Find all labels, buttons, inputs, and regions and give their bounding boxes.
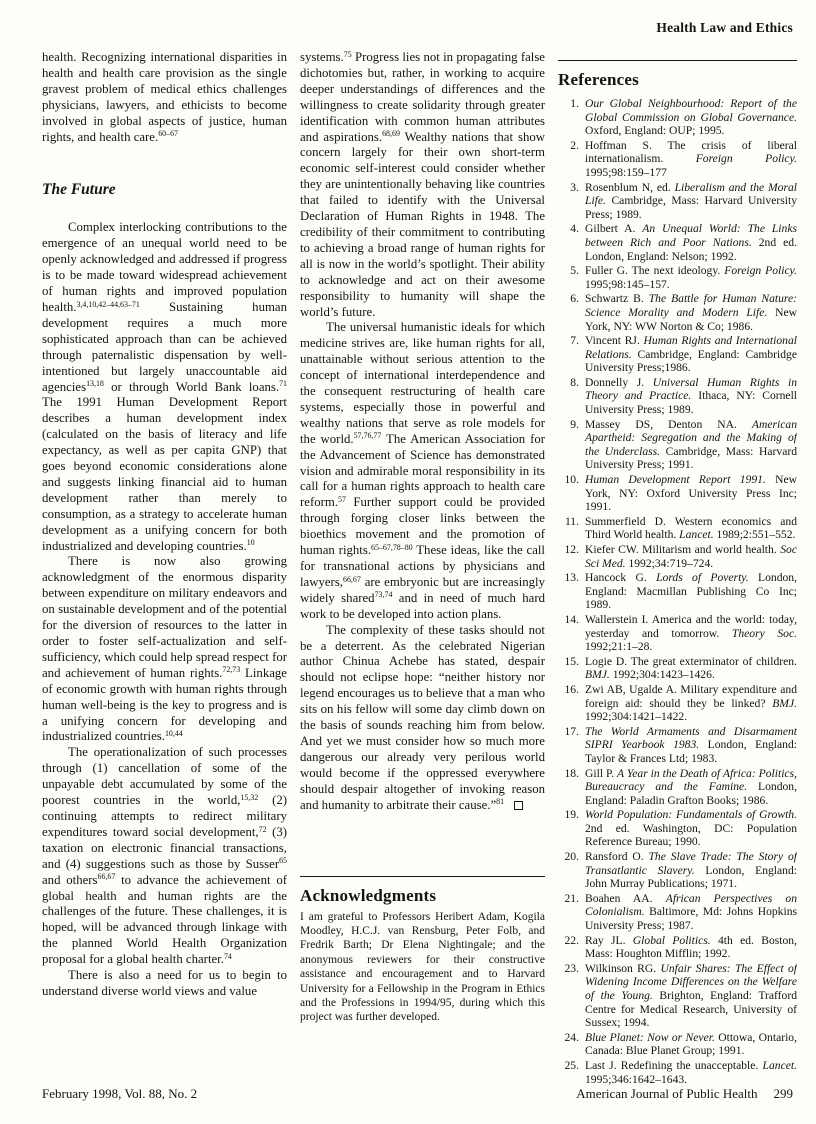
reference-item: 7.Vincent RJ. Human Rights and Internati… xyxy=(558,334,797,375)
reference-item: 1.Our Global Neighbourhood: Report of th… xyxy=(558,97,797,138)
reference-number: 5. xyxy=(558,264,579,278)
reference-item: 18.Gill P. A Year in the Death of Africa… xyxy=(558,767,797,808)
references-top-rule xyxy=(558,60,797,61)
references-heading: References xyxy=(558,70,797,90)
reference-number: 19. xyxy=(558,808,579,822)
reference-number: 22. xyxy=(558,934,579,948)
reference-number: 3. xyxy=(558,181,579,195)
journal-page: Health Law and Ethics health. Recognizin… xyxy=(0,0,816,1124)
reference-number: 20. xyxy=(558,850,579,864)
reference-item: 22.Ray JL. Global Politics. 4th ed. Bost… xyxy=(558,934,797,961)
section-divider xyxy=(300,876,545,877)
reference-item: 24.Blue Planet: Now or Never. Ottowa, On… xyxy=(558,1031,797,1058)
reference-item: 21.Boahen AA. African Perspectives on Co… xyxy=(558,892,797,933)
column-left: health. Recognizing international dispar… xyxy=(42,50,287,1086)
paragraph: There is now also growing acknowledgment… xyxy=(42,554,287,745)
references-list: 1.Our Global Neighbourhood: Report of th… xyxy=(558,97,797,1086)
reference-item: 11.Summerfield D. Western economics and … xyxy=(558,515,797,542)
reference-item: 12.Kiefer CW. Militarism and world healt… xyxy=(558,543,797,570)
page-content: health. Recognizing international dispar… xyxy=(42,50,797,1086)
reference-item: 4.Gilbert A. An Unequal World: The Links… xyxy=(558,222,797,263)
reference-number: 7. xyxy=(558,334,579,348)
footer-issue-info: February 1998, Vol. 88, No. 2 xyxy=(42,1086,197,1102)
paragraph: There is also a need for us to begin to … xyxy=(42,968,287,1000)
reference-number: 12. xyxy=(558,543,579,557)
paragraph: The universal humanistic ideals for whic… xyxy=(300,320,545,622)
end-of-article-icon xyxy=(514,801,523,810)
paragraph: I am grateful to Professors Heribert Ada… xyxy=(300,910,545,1025)
reference-number: 24. xyxy=(558,1031,579,1045)
reference-number: 8. xyxy=(558,376,579,390)
reference-item: 9.Massey DS, Denton NA. American Aparthe… xyxy=(558,418,797,472)
reference-item: 6.Schwartz B. The Battle for Human Natur… xyxy=(558,292,797,333)
running-head: Health Law and Ethics xyxy=(656,20,793,36)
reference-item: 13.Hancock G. Lords of Poverty. London, … xyxy=(558,571,797,612)
reference-number: 18. xyxy=(558,767,579,781)
reference-item: 2.Hoffman S. The crisis of liberal inter… xyxy=(558,139,797,180)
paragraph: The operationalization of such processes… xyxy=(42,745,287,968)
reference-number: 16. xyxy=(558,683,579,697)
reference-item: 23.Wilkinson RG. Unfair Shares: The Effe… xyxy=(558,962,797,1030)
reference-item: 14.Wallerstein I. America and the world:… xyxy=(558,613,797,654)
reference-item: 25.Last J. Redefining the unacceptable. … xyxy=(558,1059,797,1086)
reference-number: 25. xyxy=(558,1059,579,1073)
reference-number: 11. xyxy=(558,515,579,529)
acknowledgments-heading: Acknowledgments xyxy=(300,886,545,906)
reference-number: 21. xyxy=(558,892,579,906)
reference-number: 10. xyxy=(558,473,579,487)
page-footer: February 1998, Vol. 88, No. 2 American J… xyxy=(42,1086,793,1102)
footer-page-number: 299 xyxy=(774,1086,794,1101)
reference-number: 14. xyxy=(558,613,579,627)
reference-number: 6. xyxy=(558,292,579,306)
reference-number: 13. xyxy=(558,571,579,585)
column-middle: systems.75 Progress lies not in propagat… xyxy=(300,50,545,1086)
reference-number: 15. xyxy=(558,655,579,669)
reference-number: 1. xyxy=(558,97,579,111)
footer-journal-name: American Journal of Public Health xyxy=(576,1086,757,1101)
paragraph: The complexity of these tasks should not… xyxy=(300,623,545,814)
reference-number: 9. xyxy=(558,418,579,432)
reference-item: 3.Rosenblum N, ed. Liberalism and the Mo… xyxy=(558,181,797,222)
reference-number: 2. xyxy=(558,139,579,153)
paragraph: health. Recognizing international dispar… xyxy=(42,50,287,145)
reference-item: 19.World Population: Fundamentals of Gro… xyxy=(558,808,797,849)
paragraph: Complex interlocking contributions to th… xyxy=(42,220,287,554)
reference-item: 10.Human Development Report 1991. New Yo… xyxy=(558,473,797,514)
reference-item: 16.Zwi AB, Ugalde A. Military expenditur… xyxy=(558,683,797,724)
reference-item: 5.Fuller G. The next ideology. Foreign P… xyxy=(558,264,797,291)
reference-item: 8.Donnelly J. Universal Human Rights in … xyxy=(558,376,797,417)
paragraph: systems.75 Progress lies not in propagat… xyxy=(300,50,545,320)
column-references: References 1.Our Global Neighbourhood: R… xyxy=(558,50,797,1086)
reference-number: 4. xyxy=(558,222,579,236)
reference-item: 15.Logie D. The great exterminator of ch… xyxy=(558,655,797,682)
reference-number: 23. xyxy=(558,962,579,976)
footer-journal-info: American Journal of Public Health299 xyxy=(576,1086,793,1102)
reference-item: 17.The World Armaments and Disarmament S… xyxy=(558,725,797,766)
reference-number: 17. xyxy=(558,725,579,739)
reference-item: 20.Ransford O. The Slave Trade: The Stor… xyxy=(558,850,797,891)
section-heading: The Future xyxy=(42,181,287,199)
